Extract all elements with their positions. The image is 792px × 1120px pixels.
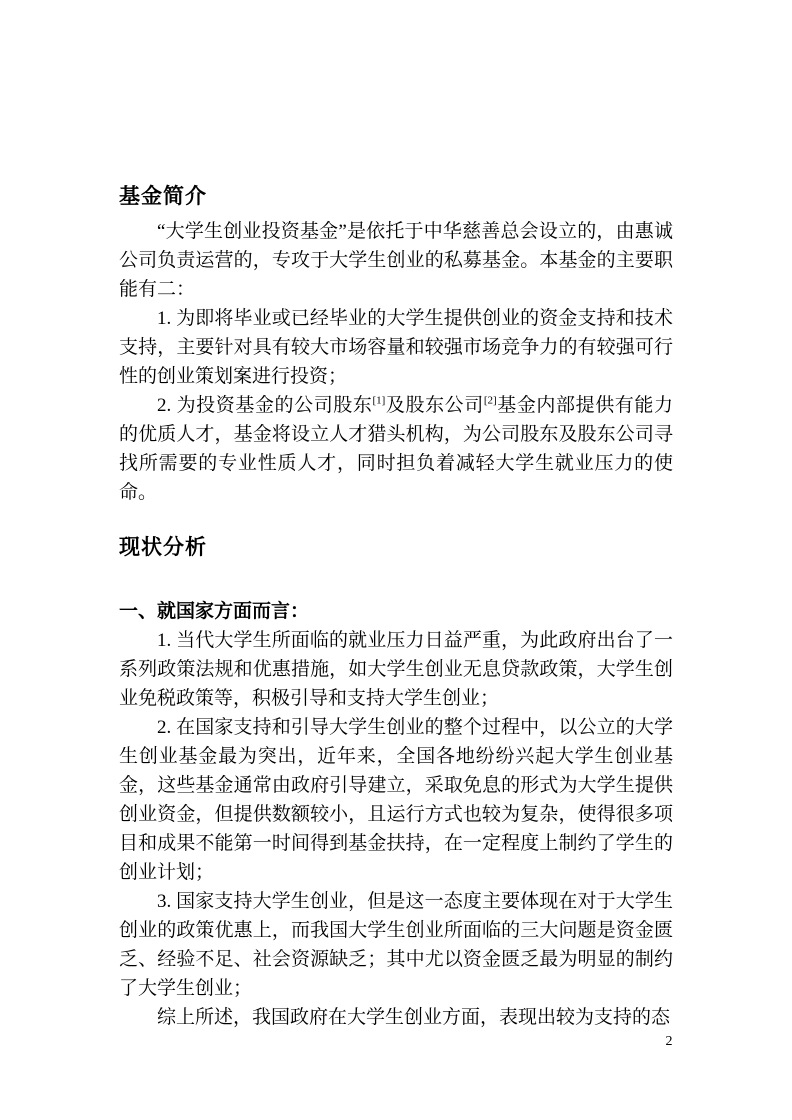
page-number: 2	[660, 1033, 678, 1051]
subsection-title-national: 一、就国家方面而言：	[119, 597, 673, 626]
section-title-status-analysis: 现状分析	[119, 537, 673, 559]
status-analysis-closing-paragraph: 综上所述，我国政府在大学生创业方面，表现出较为支持的态	[119, 1003, 673, 1032]
section-title-fund-intro: 基金简介	[119, 186, 673, 208]
document-page: 基金简介 “大学生创业投资基金”是依托于中华慈善总会设立的，由惠诚公司负责运营的…	[0, 0, 792, 1120]
fund-intro-overview-paragraph: “大学生创业投资基金”是依托于中华慈善总会设立的，由惠诚公司负责运营的，专攻于大…	[119, 217, 673, 304]
status-analysis-item-3: 3. 国家支持大学生创业，但是这一态度主要体现在对于大学生创业的政策优惠上，而我…	[119, 887, 673, 1003]
status-analysis-item-1: 1. 当代大学生所面临的就业压力日益严重，为此政府出台了一系列政策法规和优惠措施…	[119, 626, 673, 713]
fund-intro-item-2-text: 2. 为投资基金的公司股东	[157, 395, 372, 416]
status-analysis-item-2: 2. 在国家支持和引导大学生创业的整个过程中，以公立的大学生创业基金最为突出，近…	[119, 713, 673, 887]
document-body: 基金简介 “大学生创业投资基金”是依托于中华慈善总会设立的，由惠诚公司负责运营的…	[119, 186, 673, 1032]
footnote-ref-2: [2]	[484, 395, 497, 407]
fund-intro-item-1: 1. 为即将毕业或已经毕业的大学生提供创业的资金支持和技术支持，主要针对具有较大…	[119, 304, 673, 391]
fund-intro-item-2-text: 及股东公司	[385, 395, 484, 416]
fund-intro-item-2: 2. 为投资基金的公司股东[1]及股东公司[2]基金内部提供有能力的优质人才，基…	[119, 391, 673, 507]
footnote-ref-1: [1]	[372, 395, 385, 407]
